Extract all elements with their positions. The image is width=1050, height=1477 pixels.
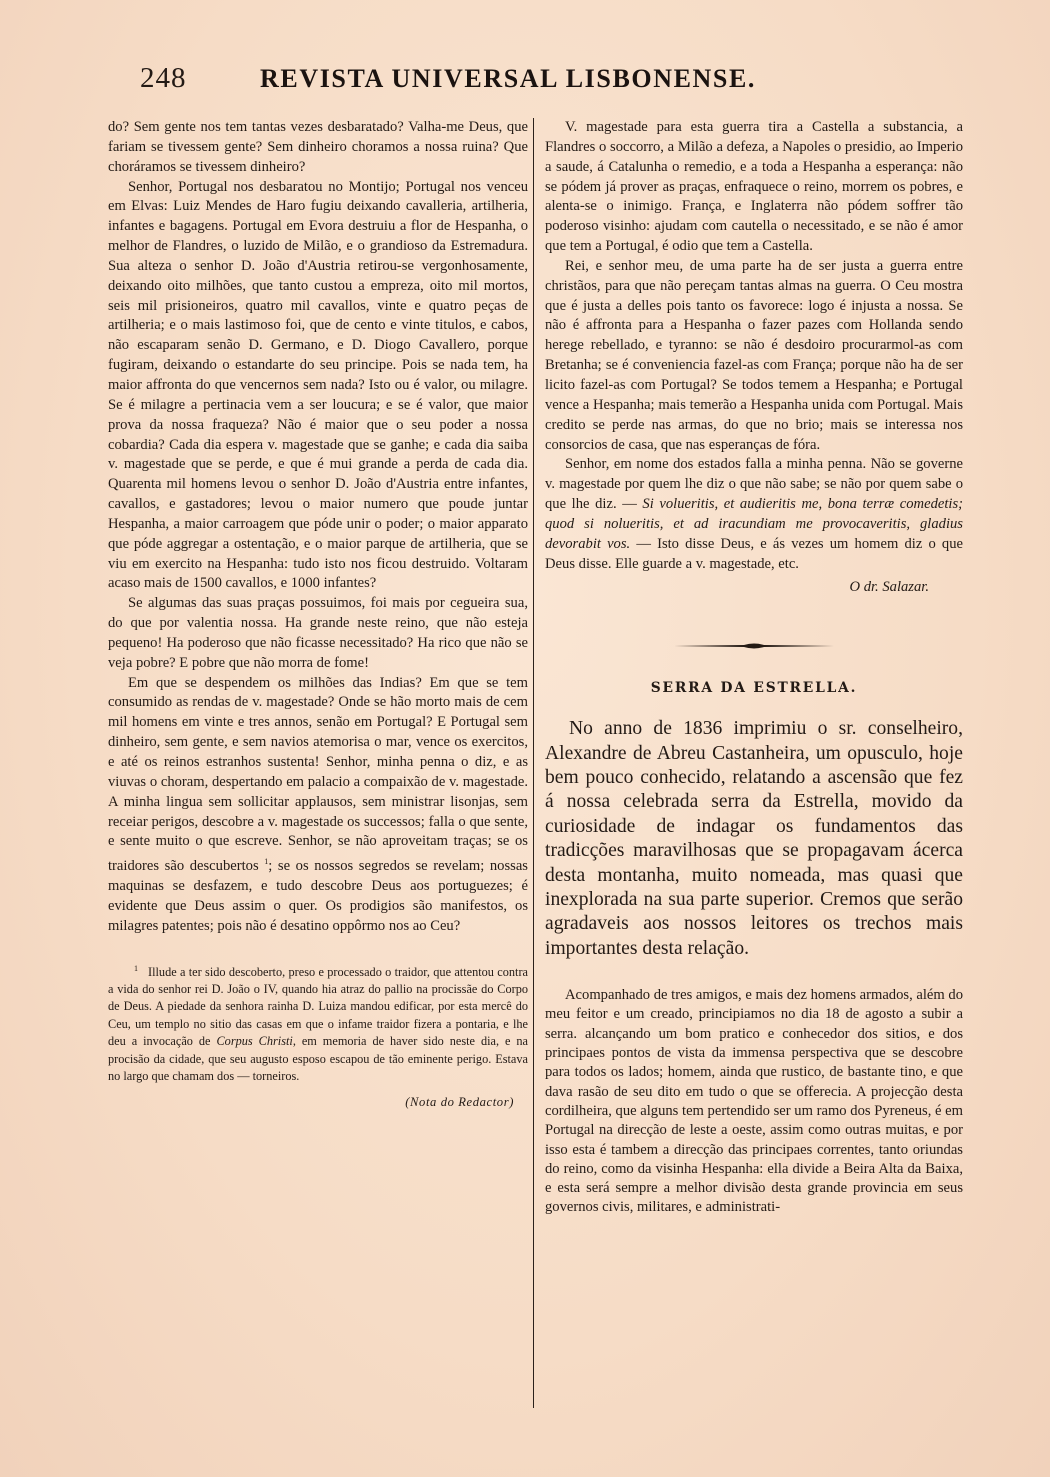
section-title: SERRA DA ESTRELLA. <box>545 679 963 699</box>
column-divider-rule <box>533 118 540 1408</box>
intro-paragraph: No anno de 1836 imprimiu o sr. conselhei… <box>545 717 963 961</box>
footnote: 1Illude a ter sido descoberto, preso e p… <box>108 960 528 1086</box>
left-column: do? Sem gente nos tem tantas vezes desba… <box>108 118 528 1113</box>
page-number: 248 <box>140 62 187 95</box>
paragraph: V. magestade para esta guerra tira a Cas… <box>545 118 963 257</box>
footnote-italic-text: Corpus Christi <box>216 1034 292 1048</box>
paragraph-closing: Senhor, em nome dos estados falla a minh… <box>545 455 963 574</box>
paragraph: Rei, e senhor meu, de uma parte ha de se… <box>545 257 963 455</box>
paragraph: Se algumas das suas praças possuimos, fo… <box>108 594 528 673</box>
ornamental-rule-icon <box>674 642 834 650</box>
page-header: 248 REVISTA UNIVERSAL LISBONENSE. <box>140 62 980 102</box>
paragraph: Acompanhado de tres amigos, e mais dez h… <box>545 986 963 1218</box>
footnote-marker: 1 <box>134 964 138 973</box>
paragraph: Senhor, Portugal nos desbaratou no Monti… <box>108 178 528 595</box>
paragraph-text: Em que se despendem os milhões das India… <box>108 675 528 875</box>
running-title: REVISTA UNIVERSAL LISBONENSE. <box>260 64 756 94</box>
paragraph: do? Sem gente nos tem tantas vezes desba… <box>108 118 528 178</box>
footnote-credit: (Nota do Redactor) <box>108 1093 528 1113</box>
right-column: V. magestade para esta guerra tira a Cas… <box>545 118 963 1218</box>
author-signature: O dr. Salazar. <box>545 578 963 598</box>
section-body: Acompanhado de tres amigos, e mais dez h… <box>545 986 963 1218</box>
section-intro: No anno de 1836 imprimiu o sr. conselhei… <box>545 717 963 961</box>
paragraph-with-footnote-ref: Em que se despendem os milhões das India… <box>108 674 528 937</box>
